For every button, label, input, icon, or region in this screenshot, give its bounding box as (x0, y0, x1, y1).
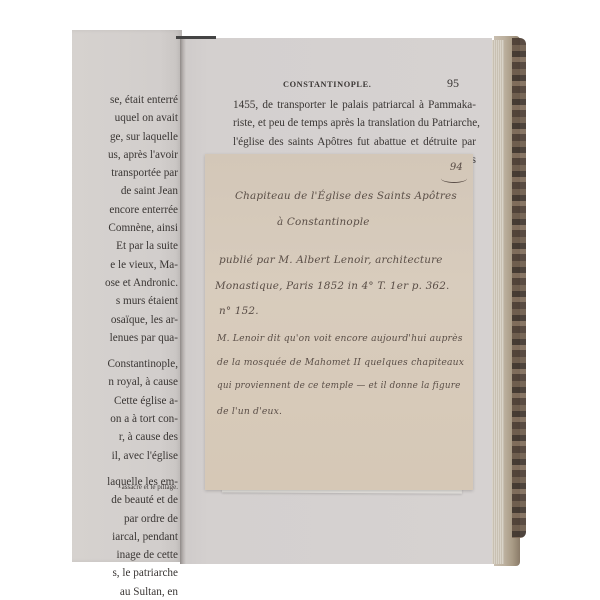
note-line: n° 152. (219, 305, 259, 317)
text-line: ge, sur laquelle (72, 128, 178, 146)
text-line: ose et Andronic. (72, 274, 178, 292)
marbled-board-edge (512, 38, 526, 538)
text-line: uquel on avait (72, 109, 178, 127)
text-line: l'église des saints Apôtres fut abattue … (233, 133, 476, 151)
text-line: transportée par (72, 164, 178, 182)
note-line: Monastique, Paris 1852 in 4° T. 1er p. 3… (215, 280, 450, 292)
note-line: M. Lenoir dit qu'on voit encore aujourd'… (217, 333, 463, 344)
text-line: s, le patriarche (72, 564, 178, 582)
text-line: lenues par qua- (72, 329, 178, 347)
text-line: il, avec l'église (72, 447, 178, 465)
paragraph-gap (72, 347, 178, 355)
text-line: n royal, à cause (72, 373, 178, 391)
text-line: de saint Jean (72, 182, 178, 200)
note-line: publié par M. Albert Lenoir, architectur… (219, 254, 443, 266)
note-line: qui proviennent de ce temple — et il don… (217, 381, 461, 391)
text-line: us, après l'avoir (72, 146, 178, 164)
note-number-underline (441, 174, 467, 183)
page-stack-edge (490, 40, 504, 564)
note-subtitle: à Constantinople (277, 216, 370, 228)
note-line: de l'un d'eux. (217, 406, 282, 417)
text-line: osaïque, les ar- (72, 311, 178, 329)
note-number: 94 (450, 162, 463, 173)
left-page-text: se, était enterré uquel on avait ge, sur… (72, 91, 178, 600)
text-line: au Sultan, en (72, 583, 178, 600)
note-line: de la mosquée de Mahomet II quelques cha… (217, 357, 464, 368)
paragraph-gap (72, 465, 178, 473)
text-line: s murs étaient (72, 292, 178, 310)
text-line: e le vieux, Ma- (72, 256, 178, 274)
page-top-shadow (176, 36, 216, 39)
text-line: encore enterrée (72, 201, 178, 219)
text-line: de beauté et de (72, 491, 178, 509)
note-title: Chapiteau de l'Église des Saints Apôtres (235, 190, 457, 202)
text-line: 1455, de transporter le palais patriarca… (233, 96, 476, 114)
text-line: Constantinople, (72, 355, 178, 373)
text-line: inage de cette (72, 546, 178, 564)
text-line: se, était enterré (72, 91, 178, 109)
left-page-footnote: assacre et le pillage. (72, 483, 178, 491)
text-line: r, à cause des (72, 428, 178, 446)
text-line: Comnène, ainsi (72, 219, 178, 237)
text-line: par ordre de (72, 510, 178, 528)
page-number: 95 (447, 76, 459, 91)
text-line: on a à tort con- (72, 410, 178, 428)
handwritten-note: 94 Chapiteau de l'Église des Saints Apôt… (205, 154, 473, 490)
text-line: Et par la suite (72, 237, 178, 255)
text-line: iarcal, pendant (72, 528, 178, 546)
running-head: CONSTANTINOPLE. (283, 80, 371, 89)
book-gutter (180, 36, 186, 564)
text-line: riste, et peu de temps après la translat… (233, 114, 476, 132)
text-line: Cette église a- (72, 392, 178, 410)
